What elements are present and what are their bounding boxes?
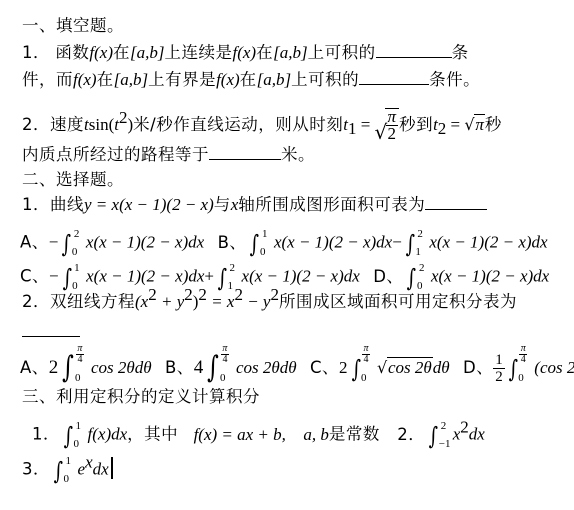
s1-q1-line2: 件，而f(x)在[a,b]上有界是f(x)在[a,b]上可积的条件。 bbox=[22, 70, 480, 90]
math: sin( bbox=[89, 115, 115, 134]
answer-blank[interactable] bbox=[359, 70, 429, 85]
text: 在 bbox=[97, 70, 114, 89]
math-interval: [a,b] bbox=[273, 43, 307, 62]
integrand: f(x)dx bbox=[88, 425, 128, 444]
text: 米。 bbox=[281, 145, 315, 164]
integrand: x(x − 1)(2 − x)dx bbox=[431, 267, 549, 286]
math-fx: f(x) bbox=[216, 70, 240, 89]
s2-q2-blank-line bbox=[22, 322, 80, 342]
text: 双纽线方程 bbox=[50, 292, 135, 311]
s2-q1-stem: 1．曲线y = x(x − 1)(2 − x)与x轴所围成图形面积可表为 bbox=[22, 195, 487, 215]
s1-q1-line1: 1． 函数f(x)在[a,b]上连续是f(x)在[a,b]上可积的条 bbox=[22, 43, 469, 63]
math: a, b bbox=[303, 425, 329, 444]
s2-q1-options-cd: C、−∫10x(x − 1)(2 − x)dx+∫21x(x − 1)(2 − … bbox=[20, 262, 549, 292]
q-number: 1． bbox=[32, 425, 60, 444]
text: 与 bbox=[214, 195, 231, 214]
integral-icon: ∫ bbox=[351, 359, 360, 379]
sqrt-pi: √π bbox=[464, 114, 485, 135]
text: 条件。 bbox=[429, 70, 480, 89]
integral-icon: ∫ bbox=[62, 358, 74, 378]
integral-icon: ∫ bbox=[62, 268, 71, 288]
q-number: 2． bbox=[397, 425, 425, 444]
text: 上可积的 bbox=[308, 43, 376, 62]
section2-title: 二、选择题。 bbox=[22, 170, 124, 190]
integrand: x(x − 1)(2 − x)dx bbox=[274, 233, 392, 252]
integral-icon: ∫ bbox=[62, 234, 71, 254]
text: 在 bbox=[256, 43, 273, 62]
option-label-d[interactable]: D、 bbox=[463, 358, 493, 377]
text: 在 bbox=[240, 70, 257, 89]
option-label-c[interactable]: C、 bbox=[20, 267, 49, 286]
s1-q2-line2: 内质点所经过的路程等于米。 bbox=[22, 145, 315, 165]
option-label-b[interactable]: B、 bbox=[165, 358, 194, 377]
math: = bbox=[356, 115, 374, 134]
text: 米/秒作直线运动，则从时刻 bbox=[133, 115, 343, 134]
integrand: x(x − 1)(2 − x)dx bbox=[86, 233, 204, 252]
text-cursor bbox=[111, 457, 113, 479]
math-fx: f(x) bbox=[73, 70, 97, 89]
option-label-b[interactable]: B、 bbox=[218, 233, 247, 252]
integral-icon: ∫ bbox=[218, 268, 227, 288]
math-interval: [a,b] bbox=[130, 43, 164, 62]
integrand: cos 2θdθ bbox=[91, 358, 152, 377]
text: 曲线 bbox=[50, 195, 84, 214]
q-number: 1． bbox=[22, 43, 50, 62]
integral-icon: ∫ bbox=[250, 234, 259, 254]
s3-q3: 3．∫10exdx bbox=[22, 455, 113, 485]
text: 在 bbox=[113, 43, 130, 62]
math-def: f(x) = ax + b, bbox=[194, 425, 286, 444]
option-label-a[interactable]: A、 bbox=[20, 358, 49, 377]
math-interval: [a,b] bbox=[114, 70, 148, 89]
s3-q1-q2: 1．∫10f(x)dx，其中 f(x) = ax + b, a, b是常数 2．… bbox=[32, 420, 485, 450]
answer-blank[interactable] bbox=[425, 195, 487, 210]
q-number: 2． bbox=[22, 115, 50, 134]
text: 秒到 bbox=[399, 115, 433, 134]
s2-q2-options: A、2∫π40cos 2θdθ B、4∫π40cos 2θdθ C、2∫π40√… bbox=[20, 352, 574, 385]
q-number: 3． bbox=[22, 460, 50, 479]
option-label-d[interactable]: D、 bbox=[373, 267, 403, 286]
math-curve: y = x(x − 1)(2 − x) bbox=[84, 195, 214, 214]
text: 速度 bbox=[50, 115, 84, 134]
text: 上可积的 bbox=[291, 70, 359, 89]
text: 轴所围成图形面积可表为 bbox=[238, 195, 425, 214]
integral-icon: ∫ bbox=[405, 234, 414, 254]
s1-q2-line1: 2．速度tsin(t2)米/秒作直线运动，则从时刻t1 = √π2秒到t2 = … bbox=[22, 108, 502, 142]
s2-q1-options-ab: A、−∫20x(x − 1)(2 − x)dx B、∫10x(x − 1)(2 … bbox=[20, 228, 548, 258]
section1-title: 一、填空题。 bbox=[22, 16, 124, 36]
math: = bbox=[446, 115, 464, 134]
text: 是常数 bbox=[329, 425, 380, 444]
integral-icon: ∫ bbox=[407, 268, 416, 288]
math-fx: f(x) bbox=[232, 43, 256, 62]
integrand: x(x − 1)(2 − x)dx bbox=[429, 233, 547, 252]
answer-blank[interactable] bbox=[209, 145, 281, 160]
sqrt: √cos 2θ bbox=[377, 357, 433, 378]
integral-icon: ∫ bbox=[508, 359, 517, 379]
integrand: x(x − 1)(2 − x)dx bbox=[242, 267, 360, 286]
text: 条 bbox=[452, 43, 469, 62]
integrand: cos 2θdθ bbox=[236, 358, 297, 377]
text: 上连续是 bbox=[164, 43, 232, 62]
text: 所围成区域面积可用定积分表为 bbox=[279, 292, 517, 311]
text: 秒 bbox=[485, 115, 502, 134]
integral-icon: ∫ bbox=[429, 426, 438, 446]
s2-q2-stem: 2．双纽线方程(x2 + y2)2 = x2 − y2所围成区域面积可用定积分表… bbox=[22, 292, 517, 312]
math-fx: f(x) bbox=[89, 43, 113, 62]
integral-icon: ∫ bbox=[64, 426, 73, 446]
q-number: 1． bbox=[22, 195, 50, 214]
text: ，其中 bbox=[127, 425, 178, 444]
text: 件，而 bbox=[22, 70, 73, 89]
integral-icon: ∫ bbox=[54, 461, 63, 481]
option-label-a[interactable]: A、 bbox=[20, 233, 49, 252]
text: 函数 bbox=[55, 43, 89, 62]
q-number: 2． bbox=[22, 292, 50, 311]
option-label-c[interactable]: C、 bbox=[310, 358, 339, 377]
integral-icon: ∫ bbox=[207, 358, 219, 378]
math-interval: [a,b] bbox=[257, 70, 291, 89]
text: 内质点所经过的路程等于 bbox=[22, 145, 209, 164]
integrand: x(x − 1)(2 − x)dx bbox=[86, 267, 204, 286]
answer-blank[interactable] bbox=[376, 43, 452, 58]
answer-blank[interactable] bbox=[22, 322, 80, 337]
text: 上有界是 bbox=[148, 70, 216, 89]
sqrt-pi-over-2: √π2 bbox=[375, 108, 400, 142]
frac-den: 2 bbox=[386, 126, 399, 142]
section3-title: 三、利用定积分的定义计算积分 bbox=[22, 387, 260, 407]
